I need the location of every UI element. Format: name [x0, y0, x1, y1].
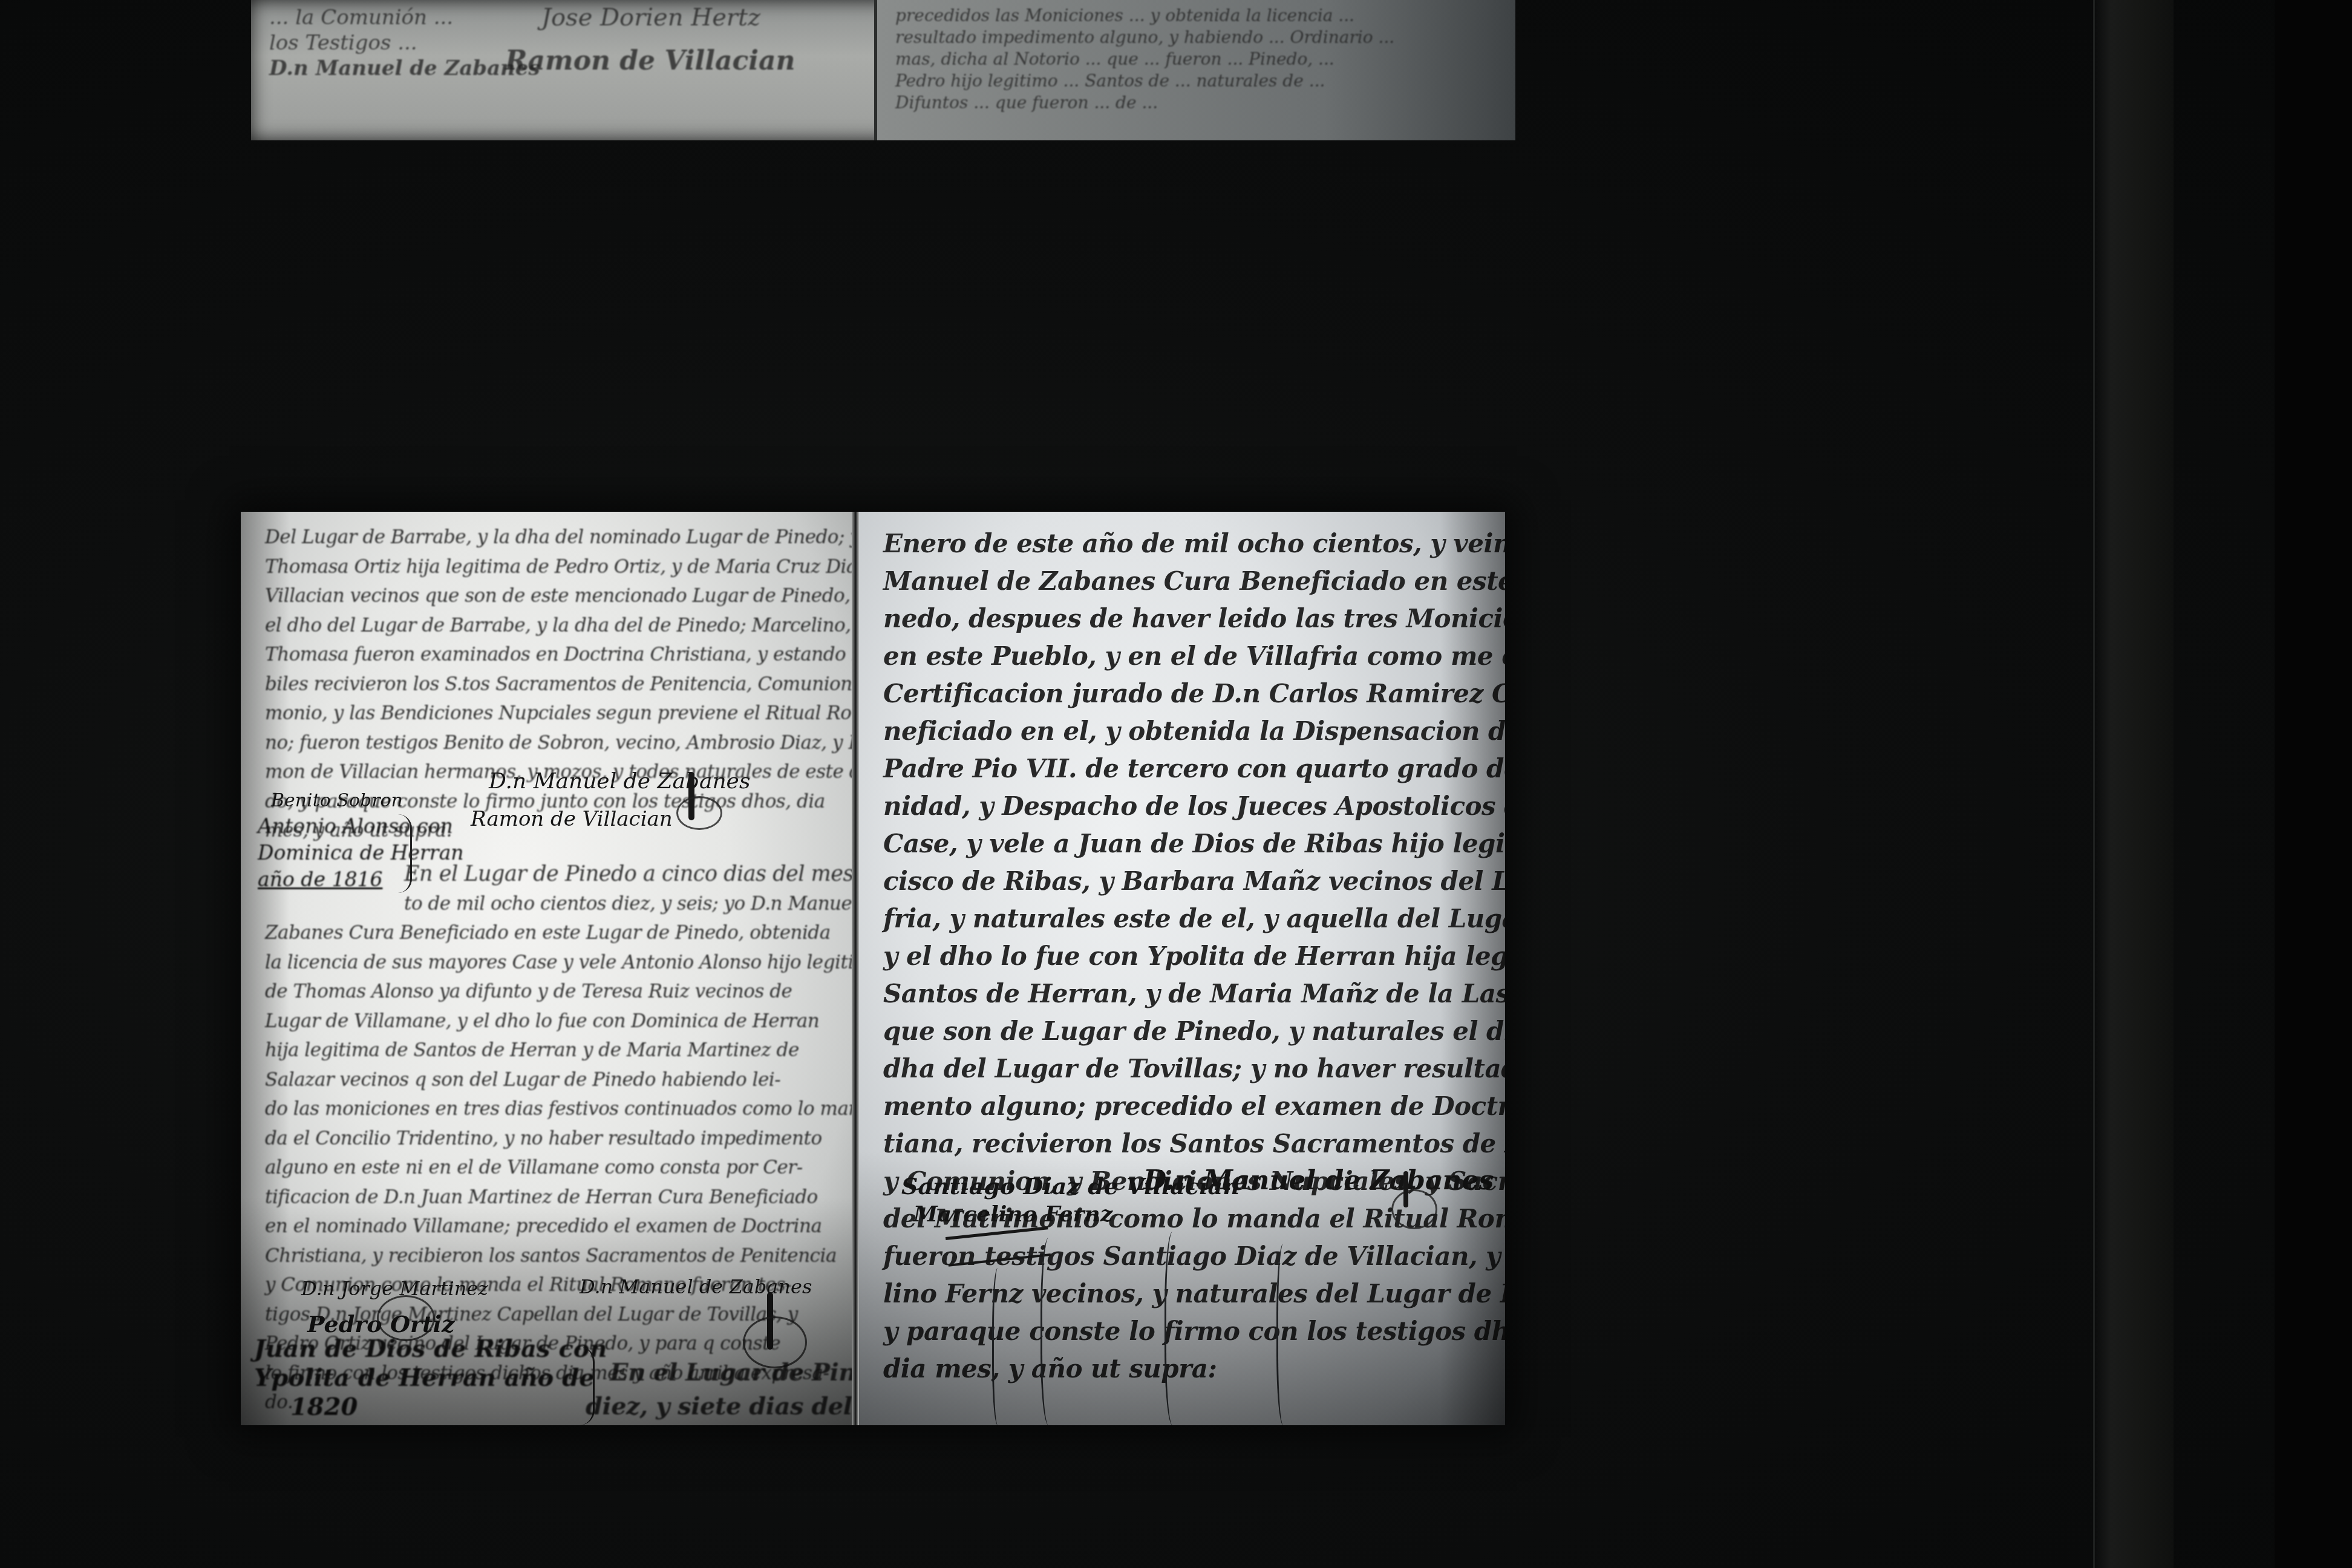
manuscript-line: cisco de Ribas, y Barbara Mañz vecinos d…	[883, 863, 1481, 900]
ink-stroke	[1165, 1232, 1184, 1425]
manuscript-line: tificacion de D.n Juan Martinez de Herra…	[265, 1183, 852, 1212]
manuscript-line: Salazar vecinos q son del Lugar de Pined…	[265, 1065, 852, 1095]
reader-bezel-right	[2093, 0, 2174, 1568]
manuscript-line: alguno en este ni en el de Villamane com…	[265, 1153, 852, 1183]
manuscript-line: Del Lugar de Barrabe, y la dha del nomin…	[265, 523, 834, 552]
manuscript-line: do las moniciones en tres dias festivos …	[265, 1094, 852, 1124]
prev-right-line: precedidos las Moniciones ... y obtenida…	[895, 5, 1497, 27]
manuscript-line: de Thomas Alonso ya difunto y de Teresa …	[265, 977, 852, 1007]
signature-priest: D.n Manuel de Zabanes	[580, 1275, 812, 1298]
manuscript-line: hija legitima de Santos de Herran y de M…	[265, 1036, 852, 1065]
manuscript-line: mento alguno; precedido el examen de Doc…	[883, 1088, 1481, 1125]
manuscript-line: to de mil ocho cientos diez, y seis; yo …	[404, 889, 852, 919]
prev-right-line: Difuntos ... que fueron ... de ...	[895, 92, 1497, 114]
margin-note-line: 1820	[290, 1393, 607, 1422]
microfilm-reader-screen: ... la Comunión ... los Testigos ... D.n…	[0, 0, 2352, 1568]
manuscript-line: nedo, despues de haver leido las tres Mo…	[883, 600, 1481, 638]
manuscript-line: la licencia de sus mayores Case y vele A…	[265, 948, 852, 978]
manuscript-line: diez, y siete dias del mes de	[586, 1390, 852, 1423]
manuscript-line: no; fueron testigos Benito de Sobron, ve…	[265, 728, 834, 758]
margin-note-line: Antonio Alonso con	[258, 813, 464, 840]
manuscript-line: y el dho lo fue con Ypolita de Herran hi…	[883, 938, 1481, 975]
previous-left-page: ... la Comunión ... los Testigos ... D.n…	[251, 0, 874, 140]
manuscript-line: nidad, y Despacho de los Jueces Apostoli…	[883, 788, 1481, 825]
margin-note-line: Ypolita de Herran año de	[254, 1364, 607, 1393]
left-manuscript-page: Del Lugar de Barrabe, y la dha del nomin…	[241, 512, 852, 1425]
manuscript-line: monio, y las Bendiciones Nupciales segun…	[265, 699, 834, 728]
ink-stroke	[1040, 1238, 1060, 1425]
prev-right-line: Pedro hijo legitimo ... Santos de ... na…	[895, 70, 1497, 92]
rubric-flourish	[1403, 1171, 1408, 1207]
margin-note-line: Juan de Dios de Ribas con	[254, 1334, 607, 1364]
manuscript-line: Zabanes Cura Beneficiado en este Lugar d…	[265, 918, 852, 948]
manuscript-line: En el Lugar de Pinedo a cinco dias del m…	[404, 860, 852, 889]
signature-priest: D.n Manuel de Zabanes	[1143, 1165, 1494, 1196]
manuscript-line: neficiado en el, y obtenida la Dispensac…	[883, 713, 1481, 750]
prev-signature: Ramon de Villacian	[505, 48, 795, 74]
prev-right-line: mas, dicha al Notorio ... que ... fueron…	[895, 48, 1497, 70]
manuscript-line: Manuel de Zabanes Cura Beneficiado en es…	[883, 563, 1481, 600]
entry-3-text: En el Lugar de Pinedo a diez, y siete di…	[610, 1356, 852, 1423]
previous-right-page: precedidos las Moniciones ... y obtenida…	[877, 0, 1515, 140]
manuscript-line: que son de Lugar de Pinedo, y naturales …	[883, 1013, 1481, 1050]
manuscript-line: Enero de este año de mil ocho cientos, y…	[883, 525, 1481, 563]
previous-film-frame: ... la Comunión ... los Testigos ... D.n…	[251, 0, 1515, 140]
manuscript-line: en este Pueblo, y en el de Villafria com…	[883, 638, 1481, 675]
margin-note-entry-3: Juan de Dios de Ribas con Ypolita de Her…	[254, 1334, 607, 1422]
manuscript-line: el dho del Lugar de Barrabe, y la dha de…	[265, 611, 834, 641]
manuscript-line: biles recivieron los S.tos Sacramentos d…	[265, 670, 834, 699]
reader-housing-edge	[2275, 0, 2352, 1568]
prev-right-line: resultado impedimento alguno, y habiendo…	[895, 27, 1497, 48]
manuscript-line: Christiana, y recibieron los santos Sacr…	[265, 1241, 852, 1271]
manuscript-line: dha del Lugar de Tovillas; y no haver re…	[883, 1050, 1481, 1088]
signature-witness: Benito Sobron	[271, 790, 403, 811]
manuscript-line: da el Concilio Tridentino, y no haber re…	[265, 1124, 852, 1154]
right-manuscript-page: Enero de este año de mil ocho cientos, y…	[859, 512, 1505, 1425]
manuscript-line: fria, y naturales este de el, y aquella …	[883, 900, 1481, 938]
manuscript-line: Case, y vele a Juan de Dios de Ribas hij…	[883, 825, 1481, 863]
signature-witness: Ramon de Villacian	[471, 807, 673, 831]
signature-witness: Marcelino Fernz	[913, 1201, 1112, 1227]
manuscript-line: en el nominado Villamane; precedido el e…	[265, 1212, 852, 1241]
prev-signature: Jose Dorien Hertz	[541, 5, 760, 30]
ink-stroke	[992, 1268, 1006, 1425]
manuscript-line: Lugar de Villamane, y el dho lo fue con …	[265, 1007, 852, 1036]
manuscript-line: Thomasa fueron examinados en Doctrina Ch…	[265, 640, 834, 670]
current-film-frame: Del Lugar de Barrabe, y la dha del nomin…	[241, 512, 1505, 1425]
manuscript-line: En el Lugar de Pinedo a	[610, 1356, 852, 1390]
manuscript-line: Padre Pio VII. de tercero con quarto gra…	[883, 750, 1481, 788]
page-gutter	[852, 512, 859, 1425]
rubric-flourish	[1391, 1189, 1437, 1229]
manuscript-line: Santos de Herran, y de Maria Mañz de la …	[883, 975, 1481, 1013]
manuscript-line: Villacian vecinos que son de este mencio…	[265, 581, 834, 611]
manuscript-line: Certificacion jurado de D.n Carlos Ramir…	[883, 675, 1481, 713]
signature-priest: D.n Manuel de Zabanes	[489, 769, 750, 794]
manuscript-line: tiana, recivieron los Santos Sacramentos…	[883, 1125, 1481, 1163]
manuscript-line: Thomasa Ortiz hija legitima de Pedro Ort…	[265, 552, 834, 582]
ink-stroke	[1276, 1244, 1293, 1425]
rubric-flourish	[676, 796, 722, 830]
